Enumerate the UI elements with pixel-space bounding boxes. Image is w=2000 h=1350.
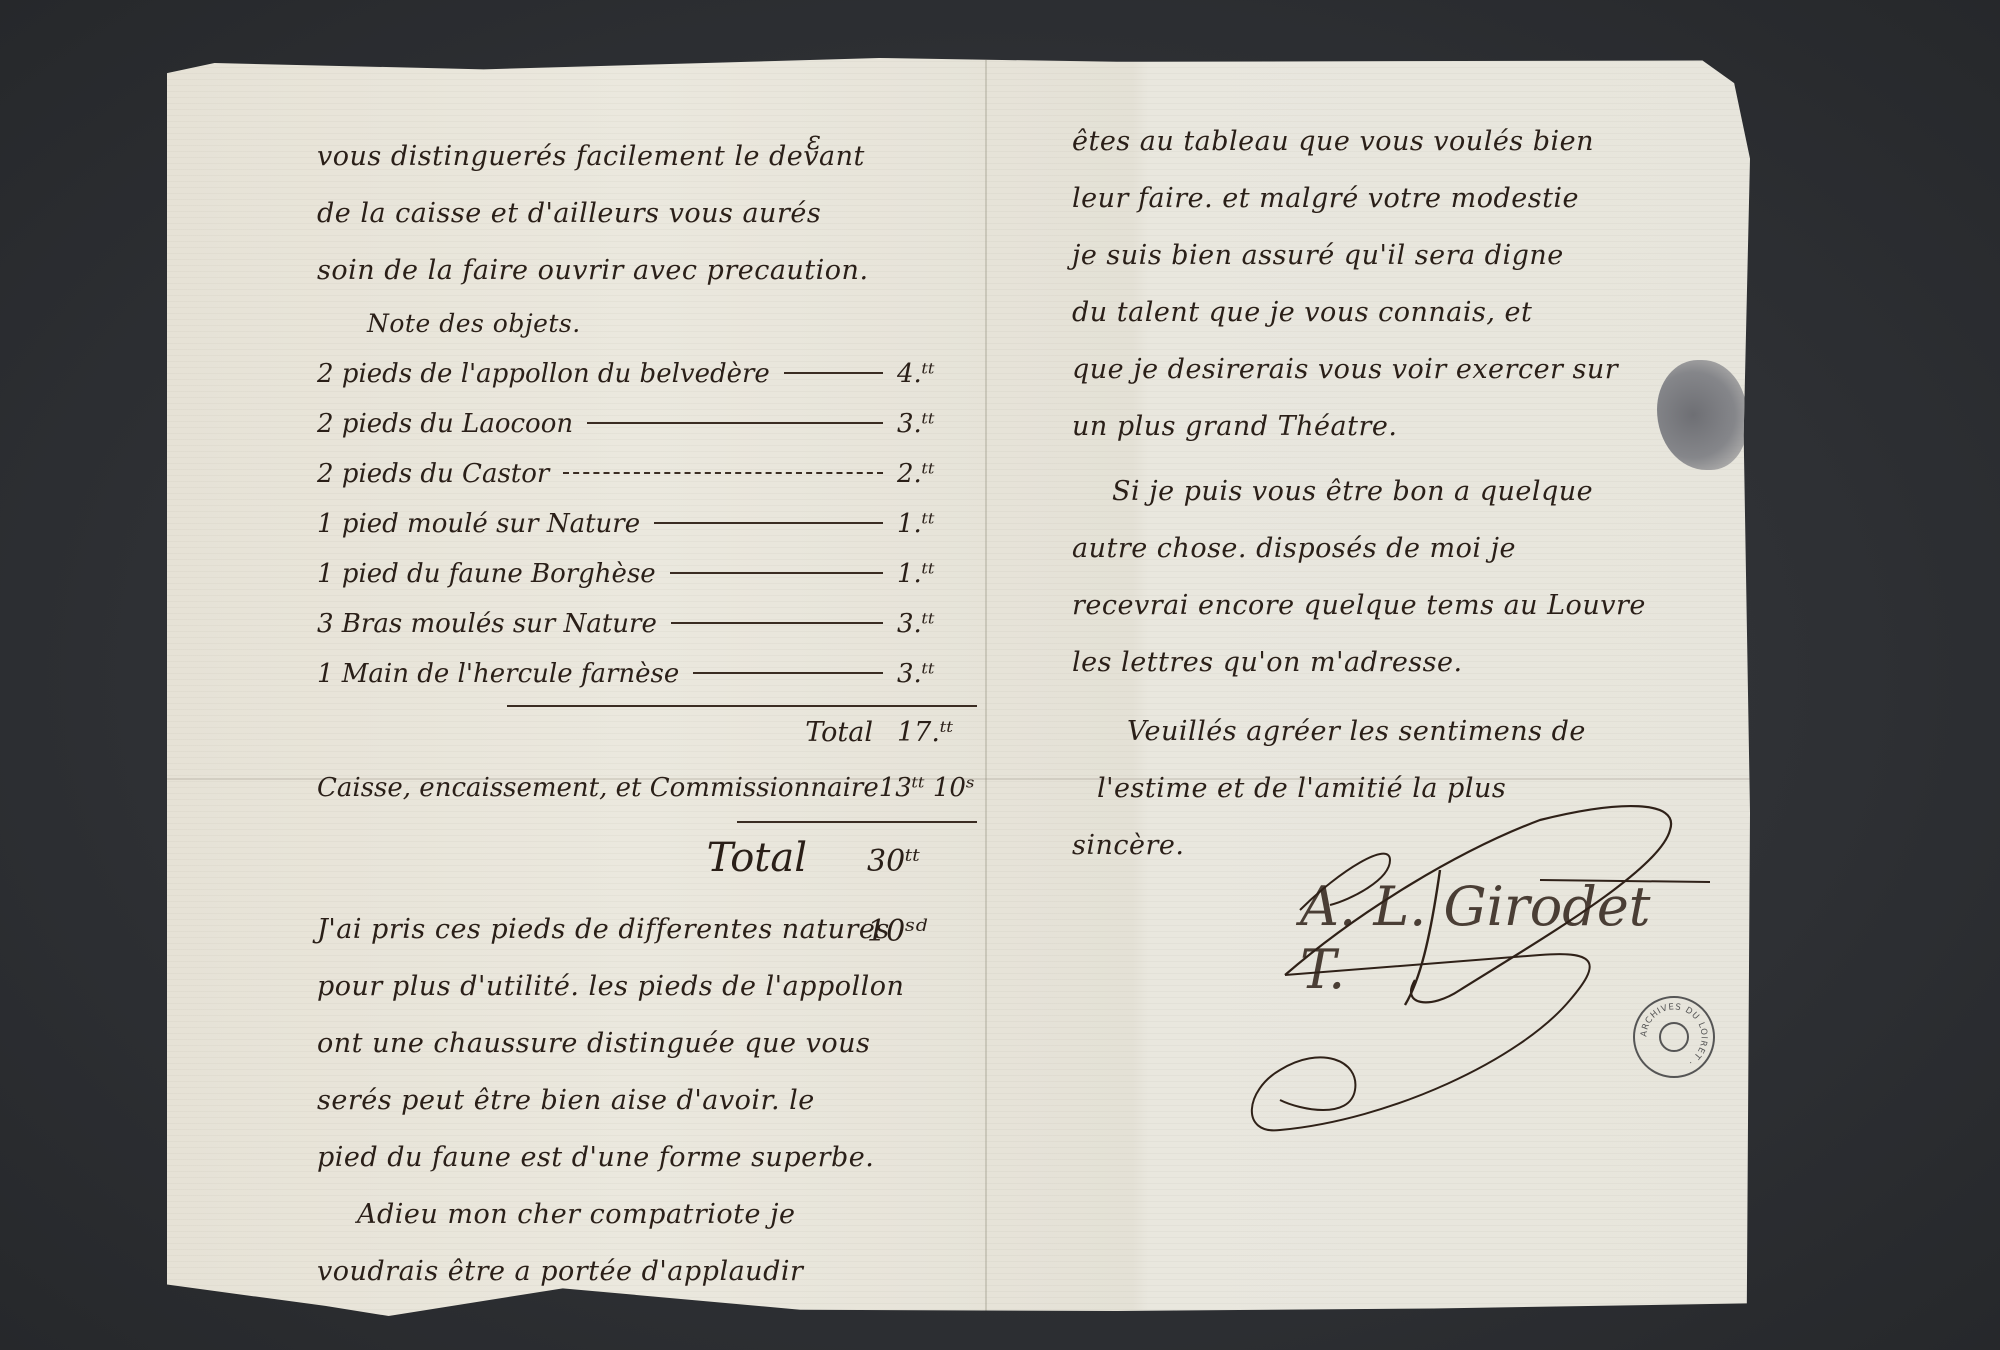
subtotal-row: Total 17.ᵗᵗ [507,705,977,759]
list-item: 3 Bras moulés sur Nature 3.ᵗᵗ [317,599,977,649]
signature-text: A. L. Girodet T. [1300,875,1700,1001]
list-item: 2 pieds du Castor 2.ᵗᵗ [317,449,977,499]
text-line: êtes au tableau que vous voulés bien [1072,113,1732,170]
text-line: un plus grand Théatre. [1072,398,1732,455]
item-desc: 3 Bras moulés sur Nature [317,599,657,649]
text-line: ont une chaussure distinguée que vous [317,1015,977,1072]
grand-total-label: Total [707,823,807,893]
stamp-text-ring-icon: ARCHIVES DU LOIRET · [1635,998,1713,1076]
leader-line [671,622,883,624]
text-line: Si je puis vous être bon a quelque [1072,463,1732,520]
right-page: êtes au tableau que vous voulés bien leu… [1072,113,1732,874]
subtotal-value: 17.ᵗᵗ [897,707,977,759]
item-desc: 1 pied du faune Borghèse [317,549,656,599]
text-line: soin de la faire ouvrir avec precaution. [317,242,977,299]
text-line: serés peut être bien aise d'avoir. le [317,1072,977,1129]
leader-line [693,672,883,674]
item-price: 3.ᵗᵗ [897,399,977,449]
text-line: les lettres qu'on m'adresse. [1072,634,1732,691]
item-desc: 1 pied moulé sur Nature [317,499,640,549]
text-line: Veuillés agréer les sentimens de [1072,703,1732,760]
leader-line [563,472,883,474]
commission-label: Caisse, encaissement, et Commissionnaire [317,759,879,817]
text-line: pied du faune est d'une forme superbe. [317,1129,977,1186]
subtotal-label: Total [805,707,873,759]
item-price: 1.ᵗᵗ [897,499,977,549]
text-line: recevrai encore quelque tems au Louvre [1072,577,1732,634]
archive-stamp: ARCHIVES DU LOIRET · [1633,996,1715,1078]
left-page: vous distinguerés facilement le devant d… [317,128,977,1350]
item-desc: 2 pieds de l'appollon du belvedère [317,349,770,399]
text-line: pour plus d'utilité. les pieds de l'appo… [317,958,977,1015]
list-item: 1 pied du faune Borghèse 1.ᵗᵗ [317,549,977,599]
text-line: je suis bien assuré qu'il sera digne [1072,227,1732,284]
list-item: 2 pieds du Laocoon 3.ᵗᵗ [317,399,977,449]
list-item: 1 pied moulé sur Nature 1.ᵗᵗ [317,499,977,549]
leader-line [670,572,883,574]
signature: A. L. Girodet T. [1280,855,1700,995]
item-price: 3.ᵗᵗ [897,649,977,699]
text-line: de la caisse et d'ailleurs vous aurés [317,185,977,242]
leader-line [587,422,883,424]
list-item: 1 Main de l'hercule farnèse 3.ᵗᵗ [317,649,977,699]
text-line: leur faire. et malgré votre modestie [1072,170,1732,227]
note-heading: Note des objets. [317,299,977,349]
items-list: 2 pieds de l'appollon du belvedère 4.ᵗᵗ … [317,349,977,699]
text-line: autre chose. disposés de moi je [1072,520,1732,577]
leader-line [784,372,883,374]
text-line: avec les habitans du pays où vous [317,1300,977,1350]
text-line: du talent que je vous connais, et [1072,284,1732,341]
body-paragraph: J'ai pris ces pieds de differentes natur… [317,901,977,1350]
grand-total-row: Total 30ᵗᵗ 10ˢᵈ [737,821,977,893]
commission-value: 13ᵗᵗ 10ˢ [879,759,977,817]
commission-row: Caisse, encaissement, et Commissionnaire… [317,759,977,817]
svg-text:ARCHIVES DU LOIRET ·: ARCHIVES DU LOIRET · [1639,1002,1708,1067]
item-price: 3.ᵗᵗ [897,599,977,649]
item-desc: 2 pieds du Laocoon [317,399,573,449]
text-line: Adieu mon cher compatriote je [317,1186,977,1243]
text-line: vous distinguerés facilement le devant [317,128,977,185]
item-price: 2.ᵗᵗ [897,449,977,499]
text-line: voudrais être a portée d'applaudir [317,1243,977,1300]
item-price: 1.ᵗᵗ [897,549,977,599]
text-line: que je desirerais vous voir exercer sur [1072,341,1732,398]
item-desc: 2 pieds du Castor [317,449,549,499]
item-price: 4.ᵗᵗ [897,349,977,399]
item-desc: 1 Main de l'hercule farnèse [317,649,679,699]
center-fold [985,58,987,1316]
list-item: 2 pieds de l'appollon du belvedère 4.ᵗᵗ [317,349,977,399]
text-line: J'ai pris ces pieds de differentes natur… [317,901,977,958]
leader-line [654,522,883,524]
